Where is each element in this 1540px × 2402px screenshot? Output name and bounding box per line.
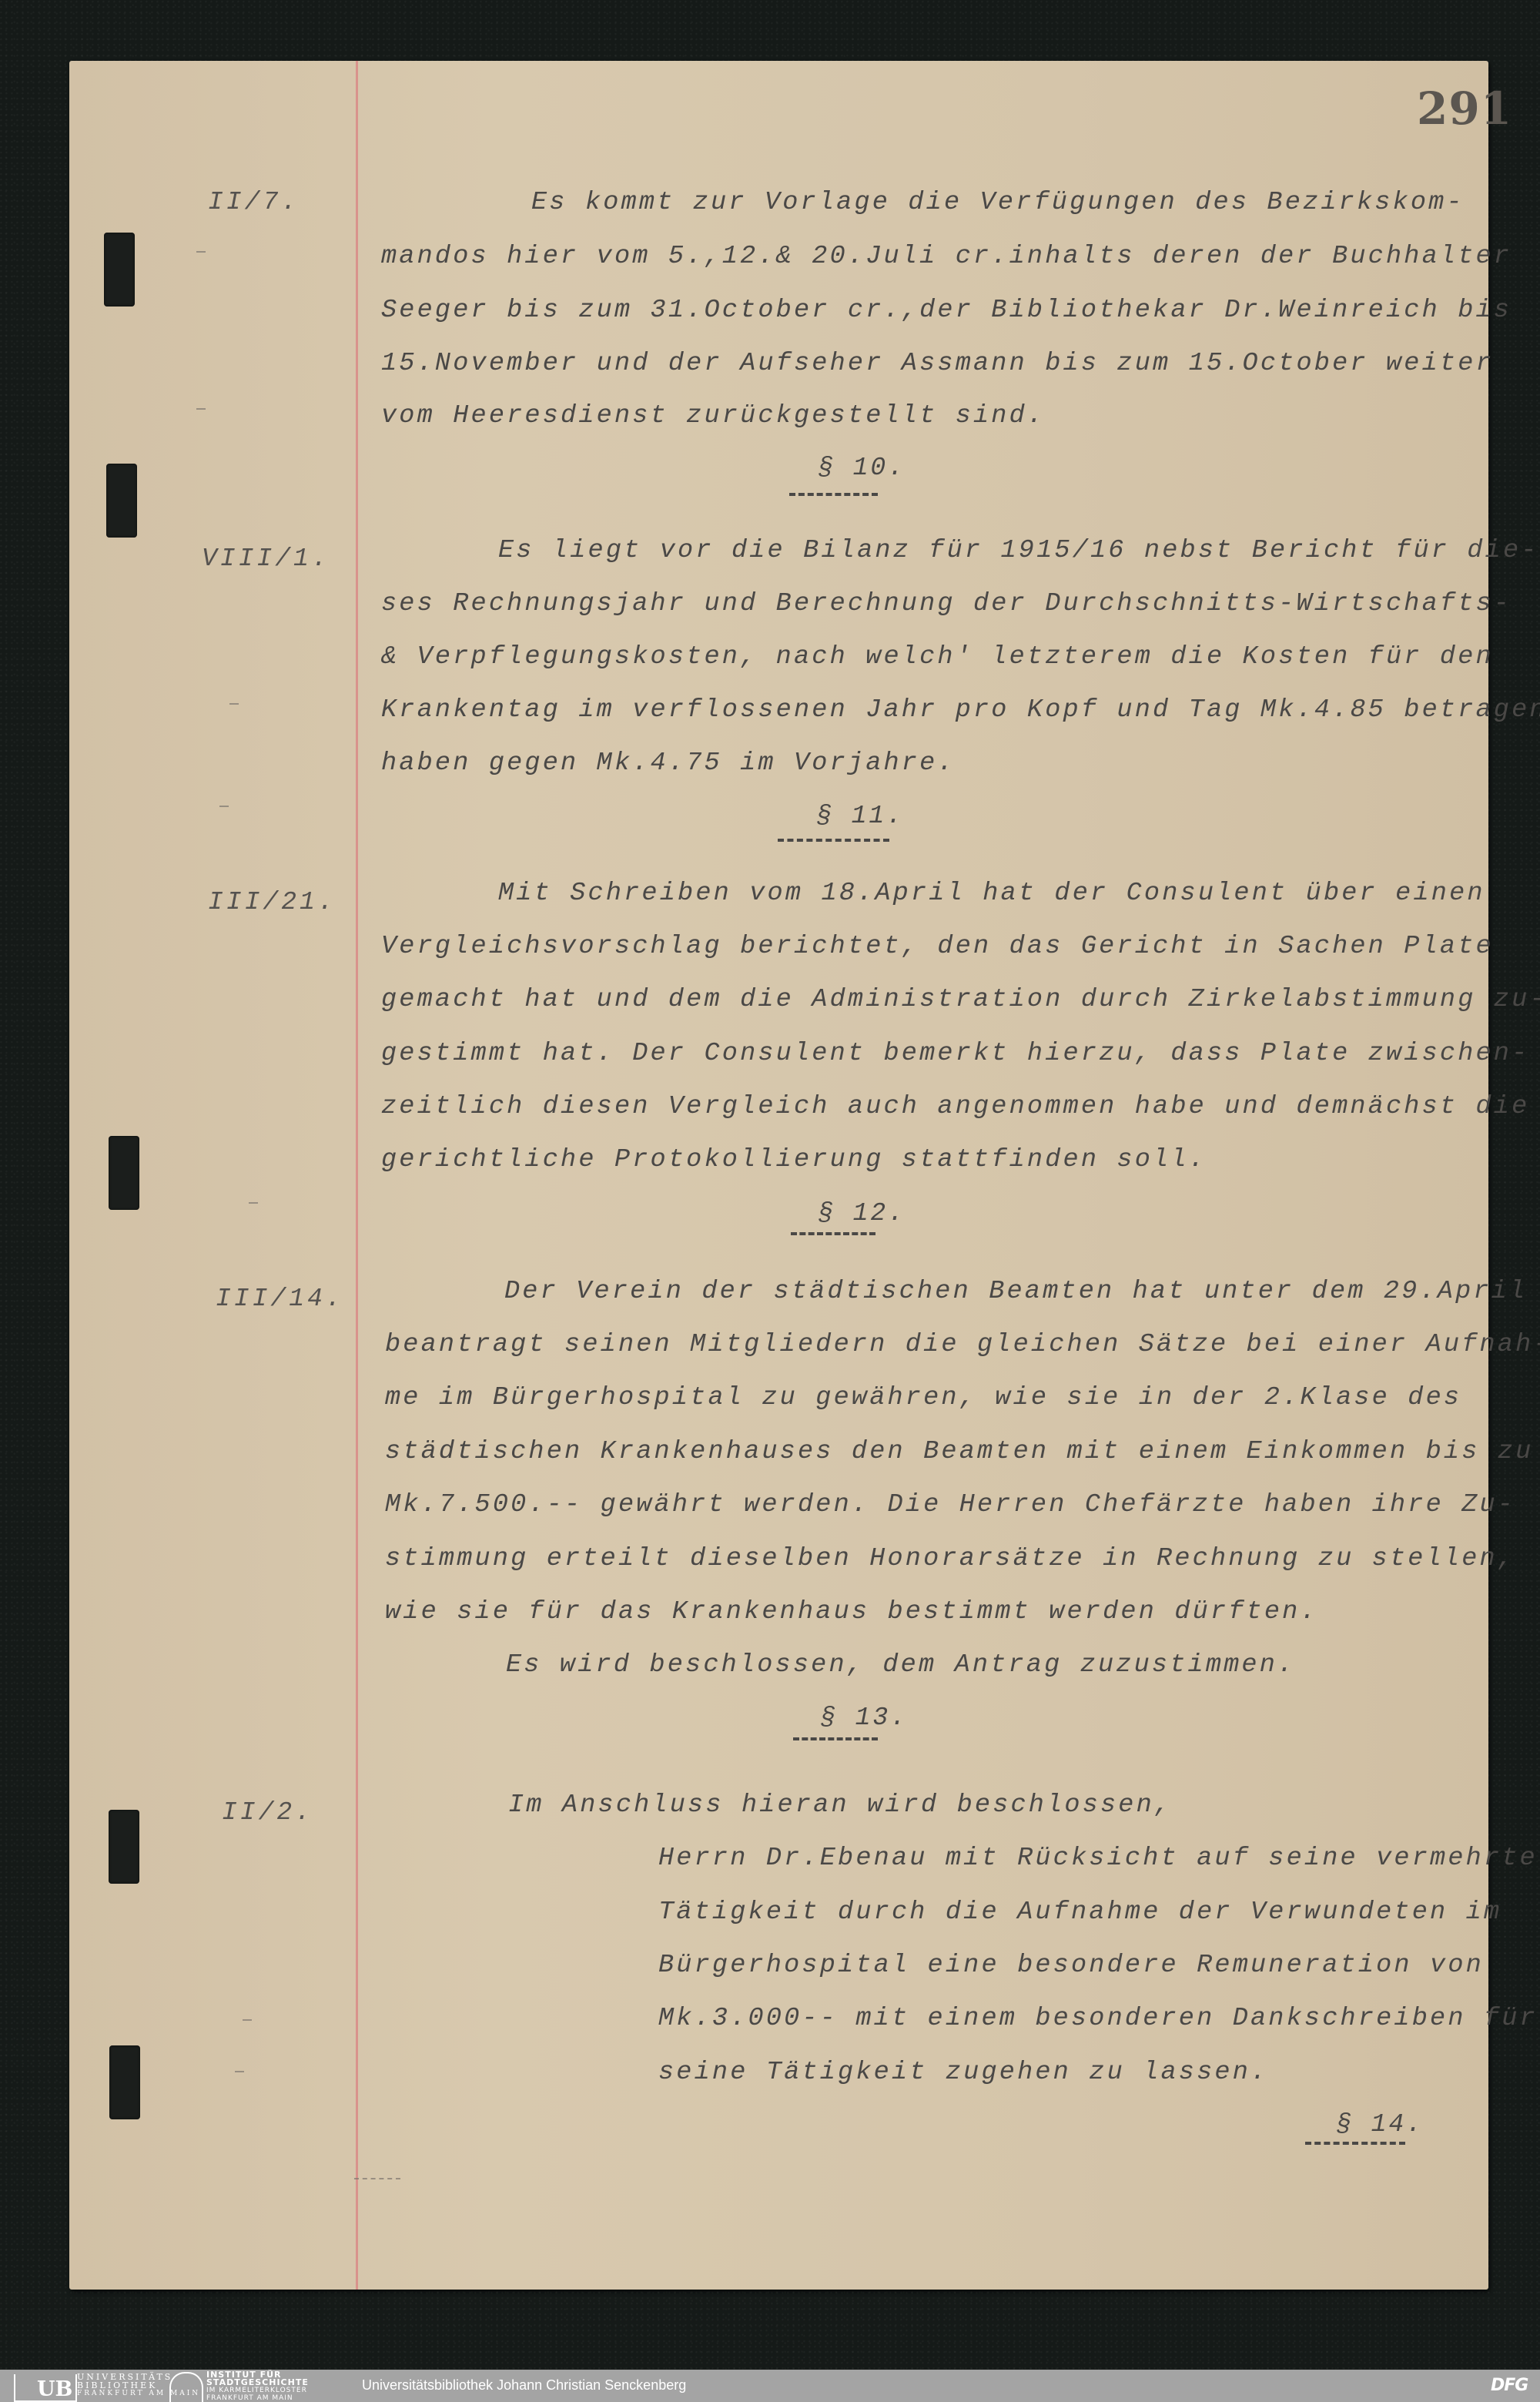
footer-library-title: Universitätsbibliothek Johann Christian … [362, 2377, 686, 2394]
page-number: 291 [1417, 82, 1512, 135]
binding-hole [109, 1810, 139, 1884]
text-line: stimmung erteilt dieselben Honorarsätze … [385, 1544, 1515, 1573]
section-heading: § 14. [1336, 2110, 1424, 2139]
margin-mark [196, 408, 206, 410]
text-line: & Verpflegungskosten, nach welch' letzte… [381, 642, 1494, 672]
text-line: 15.November und der Aufseher Assmann bis… [381, 349, 1494, 378]
margin-mark [219, 806, 229, 807]
text-line: Tätigkeit durch die Aufnahme der Verwund… [658, 1898, 1501, 1927]
file-reference: III/14. [216, 1285, 344, 1313]
binding-hole [109, 2045, 140, 2119]
file-reference: II/2. [222, 1798, 313, 1827]
text-line: gestimmt hat. Der Consulent bemerkt hier… [381, 1039, 1529, 1068]
section-heading: § 11. [816, 802, 904, 830]
red-margin-line [356, 61, 358, 2290]
isg-line: IM KARMELITERKLOSTER [206, 2387, 309, 2394]
text-line: mandos hier vom 5.,12.& 20.Juli cr.inhal… [381, 242, 1512, 271]
section-heading: § 13. [820, 1704, 908, 1732]
binding-hole [109, 1136, 139, 1210]
ub-logo-letters: UB [37, 2377, 72, 2401]
text-line: Bürgerhospital eine besondere Remunerati… [658, 1951, 1484, 1980]
section-heading: § 12. [818, 1199, 906, 1228]
text-line: Im Anschluss hieran wird beschlossen, [508, 1791, 1172, 1820]
margin-mark [243, 2019, 252, 2021]
section-underline [789, 493, 878, 496]
text-line: Seeger bis zum 31.October cr.,der Biblio… [381, 296, 1512, 325]
section-underline [1305, 2142, 1405, 2145]
text-line: gerichtliche Protokollierung stattfinden… [381, 1145, 1207, 1174]
text-line: gemacht hat und dem die Administration d… [381, 985, 1540, 1014]
text-line: Krankentag im verflossenen Jahr pro Kopf… [381, 695, 1540, 725]
text-line: Es liegt vor die Bilanz für 1915/16 nebs… [498, 536, 1539, 565]
text-line: Mit Schreiben vom 18.April hat der Consu… [498, 879, 1485, 908]
text-line: wie sie für das Krankenhaus bestimmt wer… [385, 1597, 1318, 1626]
text-line: haben gegen Mk.4.75 im Vorjahre. [381, 749, 956, 778]
text-line: städtischen Krankenhauses den Beamten mi… [385, 1437, 1533, 1466]
file-reference: VIII/1. [202, 544, 330, 573]
binding-hole [106, 464, 137, 538]
text-line: me im Bürgerhospital zu gewähren, wie si… [385, 1383, 1461, 1412]
file-reference: III/21. [208, 888, 336, 916]
margin-mark [229, 703, 239, 705]
text-line: seine Tätigkeit zugehen zu lassen. [658, 2058, 1268, 2087]
footer-bar: UB UNIVERSITÄTS BIBLIOTHEK FRANKFURT AM … [0, 2370, 1540, 2402]
margin-mark [249, 1202, 258, 1204]
text-line: Herrn Dr.Ebenau mit Rücksicht auf seine … [658, 1844, 1538, 1873]
section-underline [793, 1737, 878, 1740]
text-line: Mk.7.500.-- gewährt werden. Die Herren C… [385, 1490, 1515, 1519]
section-underline [778, 839, 889, 842]
text-line: Mk.3.000-- mit einem besonderen Dankschr… [658, 2004, 1538, 2033]
text-line: ses Rechnungsjahr und Berechnung der Dur… [381, 589, 1512, 618]
section-heading: § 10. [818, 454, 906, 482]
text-line: vom Heeresdienst zurückgestellt sind. [381, 401, 1045, 430]
text-line: zeitlich diesen Vergleich auch angenomme… [381, 1092, 1529, 1121]
text-line: Es kommt zur Vorlage die Verfügungen des… [531, 188, 1465, 217]
margin-mark [354, 2178, 400, 2179]
dfg-logo: DFG [1491, 2376, 1528, 2395]
margin-mark [235, 2071, 244, 2072]
text-line: Vergleichsvorschlag berichtet, den das G… [381, 932, 1494, 961]
ub-library-logo: UB [5, 2371, 74, 2400]
isg-line: FRANKFURT AM MAIN [206, 2394, 309, 2402]
binding-hole [104, 233, 135, 307]
isg-line: STADTGESCHICHTE [206, 2379, 309, 2387]
resolution-line: Es wird beschlossen, dem Antrag zuzustim… [506, 1650, 1295, 1680]
margin-mark [196, 251, 206, 253]
isg-institute-name: INSTITUT FÜR STADTGESCHICHTE IM KARMELIT… [206, 2371, 309, 2402]
section-underline [791, 1232, 875, 1235]
text-line: beantragt seinen Mitgliedern die gleiche… [385, 1330, 1540, 1359]
isg-arch-logo-icon [169, 2372, 203, 2402]
text-line: Der Verein der städtischen Beamten hat u… [504, 1277, 1527, 1306]
archival-page: 291 II/7. Es kommt zur Vorlage die Verfü… [69, 61, 1488, 2290]
file-reference: II/7. [208, 188, 300, 216]
